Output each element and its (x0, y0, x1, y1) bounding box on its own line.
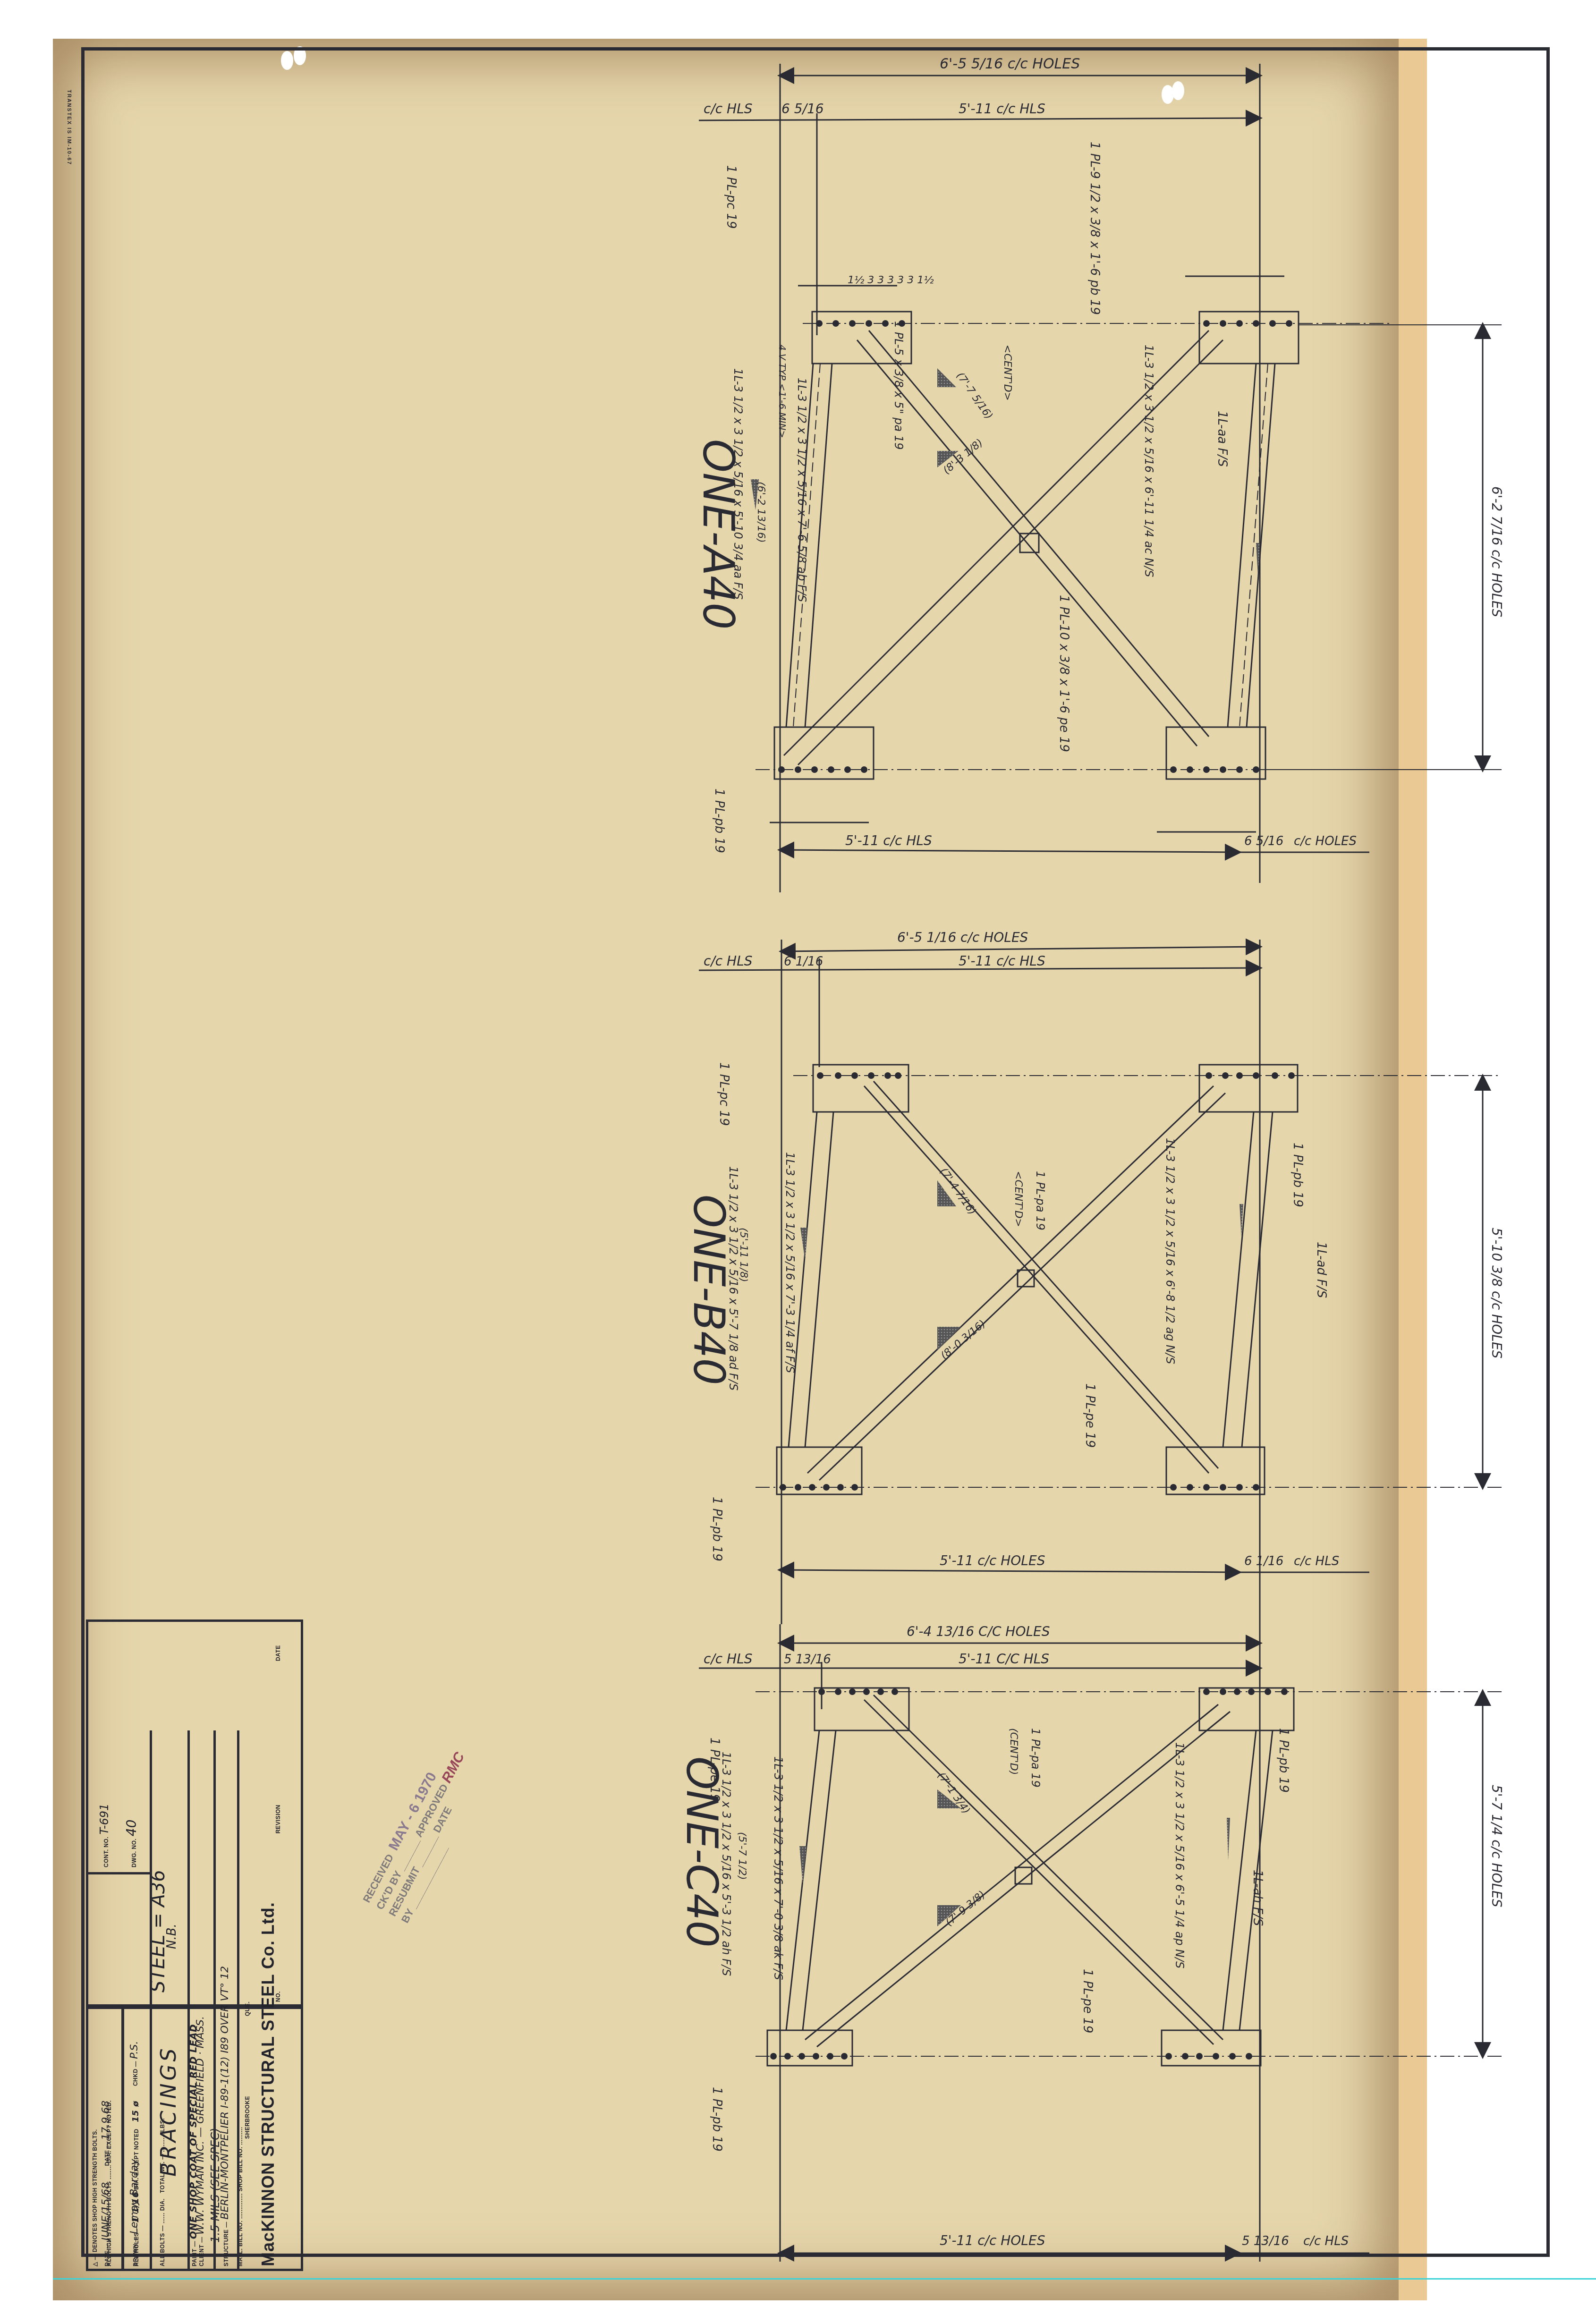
c40-plate-bottom-right: 1 PL-pe 19 (1080, 1969, 1095, 2033)
structure-value: BERLIN-MONTPELIER I-89-1(12) I89 OVER VT… (219, 1966, 231, 2220)
c40-plate-bottom-left: 1 PL-pb 19 (710, 2087, 724, 2152)
checked-value: P.S. (128, 2041, 140, 2059)
b40-center-note: <CENT'D> (1012, 1171, 1024, 1227)
company-province: QUE. (244, 2001, 251, 2016)
cont-no-label: CONT. NO. (103, 1837, 110, 1867)
a40-main-dim: 5'-11 c/c HLS (959, 101, 1045, 117)
c40-plate-top-left: 1 PL-pe 19 (707, 1738, 722, 1802)
c40-member-right: 1L-ah F/S (1250, 1870, 1265, 1926)
b40-bottom-dim: 5'-11 c/c HOLES (940, 1553, 1045, 1568)
drawing-title: BRACINGS (157, 2046, 181, 2177)
a40-hole-spacing: 1½ 3 3 3 3 3 1½ (848, 274, 934, 286)
a40-side-dim: 6'-2 7/16 c/c HOLES (1489, 486, 1504, 617)
a40-bottom-offset: 6 5/16 (1244, 834, 1283, 848)
b40-plate-top-left: 1 PL-pc 19 (717, 1062, 731, 1126)
drawn-value: Lemay Barday (128, 2159, 140, 2234)
a40-bottom-right: c/c HOLES (1294, 834, 1357, 848)
c40-left-dim: c/c HLS (704, 1651, 753, 1667)
date-value: JUNE/15/68 (100, 2182, 112, 2241)
b40-plate-bottom-right: 1 PL-pe 19 (1083, 1383, 1097, 1448)
b40-overall-dim: 6'-5 1/16 c/c HOLES (897, 930, 1028, 945)
a40-plate-center: 1 PL-5 x 3/8 x 5" pa 19 (892, 321, 905, 449)
cont-no-value: T-691 (98, 1804, 111, 1835)
company-city: SHERBROOKE (244, 2096, 251, 2139)
b40-left-offset: 6 1/16 (784, 955, 823, 969)
c40-center-note: (CENT'D) (1008, 1728, 1019, 1775)
date2-label: DATE — (104, 2142, 110, 2166)
a40-length-left: (6'-2 13/16) (755, 482, 767, 543)
c40-side-dim: 5'-7 1/4 c/c HOLES (1489, 1785, 1504, 1908)
bolt-holes-a40 (778, 320, 1292, 773)
a40-member-left: 1L-3 1/2 x 3 1/2 x 5/16 x 5'-10 3/4 aa F… (731, 368, 745, 600)
panel-b40 (699, 940, 1502, 1624)
b40-left-dim: c/c HLS (704, 953, 753, 969)
b40-bottom-right: c/c HLS (1294, 1554, 1339, 1568)
b40-member-diag2: 1L-3 1/2 x 3 1/2 x 5/16 x 6'-8 1/2 ag N/… (1163, 1138, 1177, 1364)
a40-center-note: <CENT'D> (1002, 345, 1013, 401)
panel-mark-b40: ONE-B40 (684, 1195, 733, 1385)
a40-plate-bottom-left: 1 PL-pb 19 (712, 788, 726, 853)
c40-bottom-offset: 5 13/16 (1242, 2234, 1289, 2248)
c40-length-left: (5'-7 1/2) (736, 1832, 748, 1880)
dwg-no-label: DWG. NO. (131, 1839, 137, 1867)
a40-overall-dim: 6'-5 5/16 c/c HOLES (940, 56, 1080, 72)
c40-member-diag2: 1L-3 1/2 x 3 1/2 x 5/16 x 6'-5 1/4 ap N/… (1173, 1742, 1186, 1968)
b40-member-diag1: 1L-3 1/2 x 3 1/2 x 5/16 x 7'-3 1/4 af F/… (783, 1152, 797, 1373)
a40-plate-bottom-right: 1 PL-10 x 3/8 x 1'-6 pe 19 (1057, 595, 1071, 752)
revision-date-header: DATE (275, 1645, 281, 1661)
drawing-number-box: DWG. NO. 40 CONT. NO. T-691 (86, 1730, 150, 1874)
a40-left-offset: 6 5/16 (781, 101, 824, 117)
c40-member-diag1: 1L-3 1/2 x 3 1/2 x 5/16 x 7'-0 3/8 ak F/… (772, 1756, 785, 1980)
structure-label: STRUCTURE — (223, 2221, 229, 2266)
a40-member-diag1: 1L-3 1/2 x 3 1/2 x 5/16 x 7'-6 5/8 ab F/… (795, 378, 808, 602)
b40-member-right: 1L-ad F/S (1314, 1242, 1328, 1298)
b40-bottom-offset: 6 1/16 (1244, 1554, 1283, 1568)
b40-main-dim: 5'-11 c/c HLS (959, 953, 1045, 969)
company-name: MacKINNON STRUCTURAL STEEL Co. Ltd. (258, 1902, 278, 2266)
b40-side-dim: 5'-10 3/8 c/c HOLES (1489, 1228, 1504, 1358)
a40-member-right: 1L-aa F/S (1215, 411, 1229, 467)
b40-plate-bottom-left: 1 PL-pb 19 (710, 1497, 724, 1561)
a40-left-dim: c/c HLS (704, 101, 753, 117)
b40-plate-top-right: 1 PL-pb 19 (1290, 1143, 1305, 1207)
c40-overall-dim: 6'-4 13/16 C/C HOLES (907, 1624, 1050, 1639)
client-label: CLIENT — (198, 2237, 205, 2266)
b40-plate-center: 1 PL-pa 19 (1034, 1171, 1047, 1230)
drawn-label: DRAWN — (132, 2236, 139, 2266)
date2-value: 17.9.68 (100, 2101, 112, 2140)
a40-weld-note: 4 V TYP <1'-6 MIN> (777, 345, 788, 438)
c40-left-offset: 5 13/16 (784, 1653, 831, 1667)
c40-plate-top-right: 1 PL-pb 19 (1276, 1728, 1290, 1793)
a40-plate-top-right: 1 PL-9 1/2 x 3/8 x 1'-6 pb 19 (1087, 142, 1102, 315)
panel-c40 (699, 1624, 1502, 2262)
title-info: MacKINNON STRUCTURAL STEEL Co. Ltd. SHER… (86, 1730, 303, 2271)
c40-main-dim: 5'-11 C/C HLS (959, 1651, 1049, 1667)
a40-length-diag1: (7'-7 5/16) (954, 370, 995, 422)
a40-member-diag2: 1L-3 1/2 x 3 1/2 x 5/16 x 6'-11 1/4 ac N… (1142, 345, 1155, 577)
bolt-holes-b40 (780, 1072, 1295, 1491)
date-label: DATE — (104, 2243, 110, 2266)
a40-plate-top-left: 1 PL-pc 19 (724, 165, 738, 229)
b40-length-left: (5'-11 1/8) (738, 1228, 749, 1282)
c40-bottom-right: c/c HLS (1303, 2234, 1349, 2248)
c40-plate-center: 1 PL-pa 19 (1029, 1728, 1042, 1788)
c40-member-left: 1L-3 1/2 x 3 1/2 x 5/16 x 5'-3 1/2 ah F/… (720, 1752, 733, 1976)
drawing-suffix: N.B. (165, 1924, 179, 1949)
checked-label: CHKD — (132, 2061, 139, 2086)
c40-bottom-dim: 5'-11 c/c HOLES (940, 2233, 1045, 2248)
a40-bottom-dim: 5'-11 c/c HLS (845, 833, 932, 848)
dwg-no-value: 40 (124, 1820, 139, 1837)
client-value: W.W. WYMAN INC. — GREENFIELD · MASS. (195, 2016, 206, 2235)
